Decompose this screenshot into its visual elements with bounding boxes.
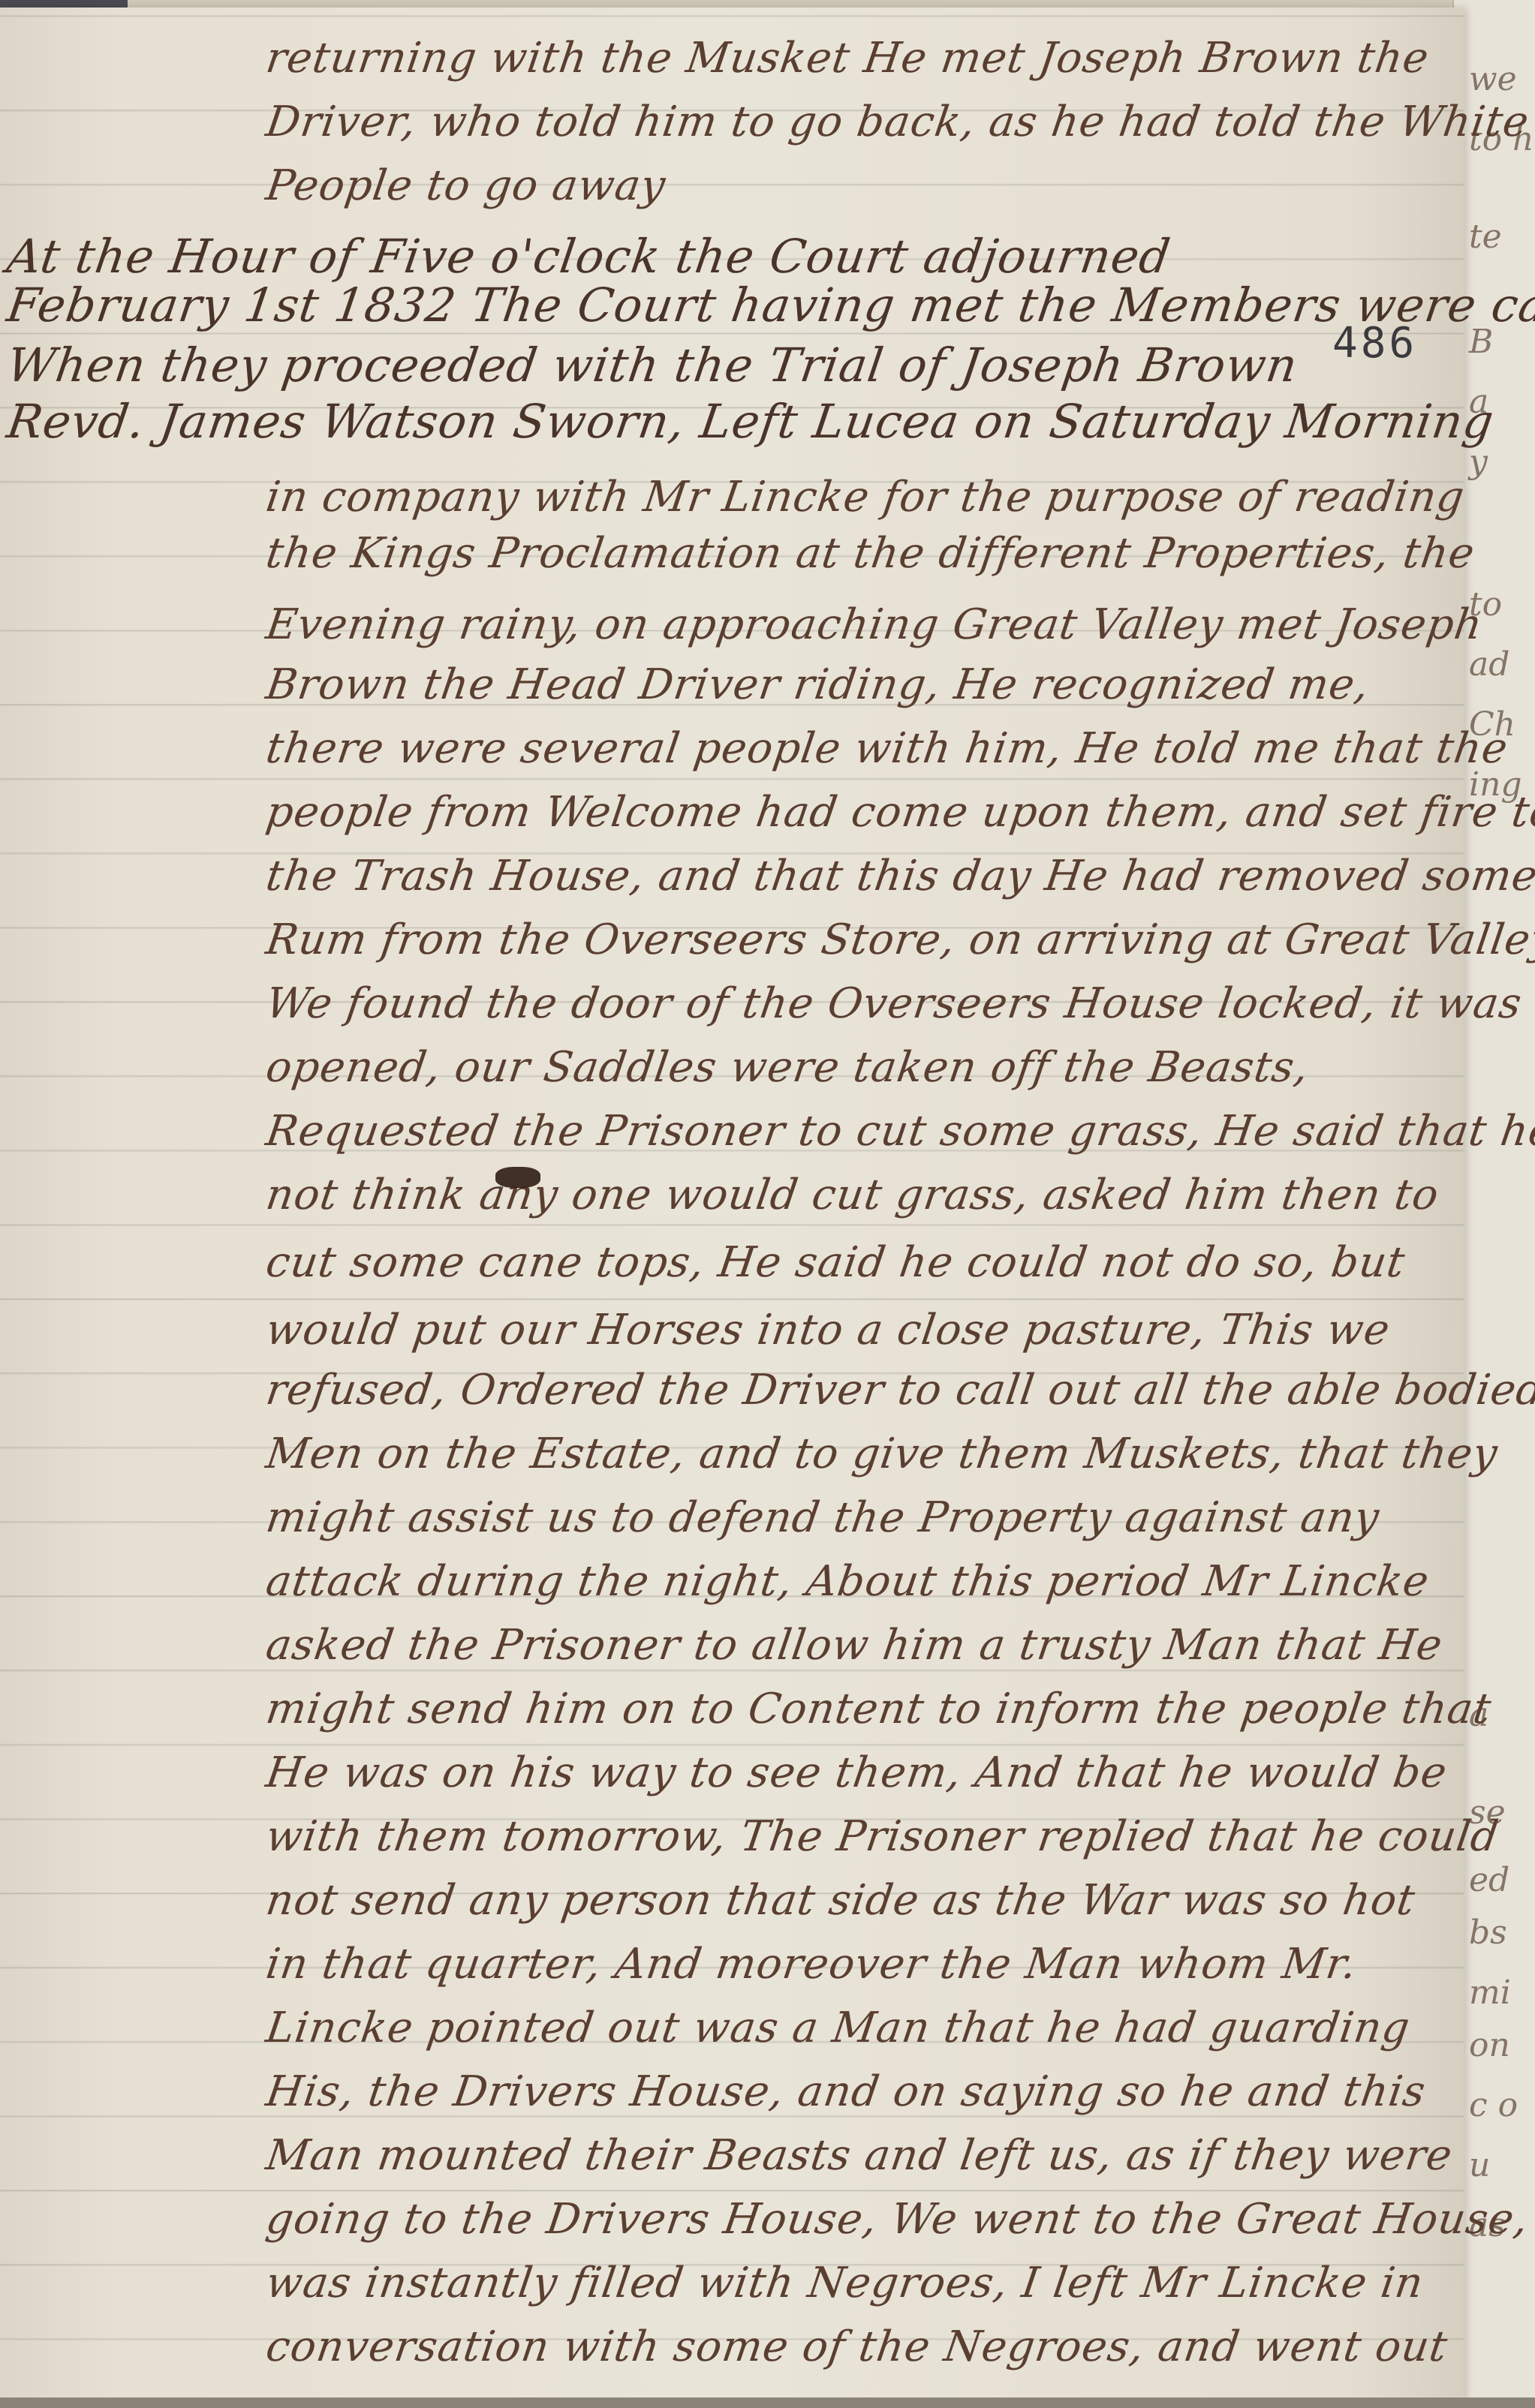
bottom-edge: [0, 2397, 1535, 2408]
text-line: asked the Prisoner to allow him a trusty…: [263, 1621, 1446, 1670]
adjacent-page-fragment: bs: [1469, 1913, 1507, 1952]
text-line: Brown the Head Driver riding, He recogni…: [263, 660, 1372, 709]
text-line: returning with the Musket He met Joseph …: [263, 34, 1432, 83]
ink-blot: [495, 1167, 540, 1188]
adjacent-page-fragment: mi: [1469, 1974, 1511, 2012]
text-line: people from Welcome had come upon them, …: [263, 788, 1535, 837]
text-line: Rum from the Overseers Store, on arrivin…: [263, 915, 1535, 964]
text-line: He was on his way to see them, And that …: [263, 1748, 1450, 1797]
text-line: Evening rainy, on approaching Great Vall…: [263, 600, 1485, 649]
adjacent-page-fragment: u: [1469, 2146, 1490, 2184]
text-line: in that quarter, And moreover the Man wh…: [263, 1940, 1360, 1989]
text-line: Man mounted their Beasts and left us, as…: [263, 2131, 1455, 2180]
text-line: Men on the Estate, and to give them Musk…: [263, 1429, 1500, 1478]
text-line: not think any one would cut grass, asked…: [263, 1171, 1442, 1219]
adjacent-page-fragment: on: [1469, 2026, 1510, 2064]
text-line: His, the Drivers House, and on saying so…: [263, 2067, 1428, 2116]
text-line: there were several people with him, He t…: [263, 724, 1511, 773]
text-line: refused, Ordered the Driver to call out …: [263, 1366, 1535, 1414]
text-line: attack during the night, About this peri…: [263, 1557, 1432, 1606]
text-line: not send any person that side as the War…: [263, 1876, 1418, 1925]
adjacent-page-fragment: ed: [1469, 1861, 1509, 1899]
heading-line: At the Hour of Five o'clock the Court ad…: [4, 229, 1174, 284]
text-line: the Kings Proclamation at the different …: [263, 529, 1478, 578]
text-line: cut some cane tops, He said he could not…: [263, 1238, 1408, 1287]
adjacent-page: weto hteBaytoadChingaseedbsmionc ouas: [1452, 0, 1535, 2408]
text-line: would put our Horses into a close pastur…: [263, 1306, 1393, 1354]
text-line: conversation with some of the Negroes, a…: [263, 2322, 1450, 2371]
text-line: might assist us to defend the Property a…: [263, 1493, 1382, 1542]
adjacent-page-fragment: we: [1469, 60, 1517, 98]
adjacent-page-fragment: ad: [1469, 645, 1509, 684]
text-line: might send him on to Content to inform t…: [263, 1685, 1494, 1733]
text-line: Driver, who told him to go back, as he h…: [263, 98, 1532, 146]
text-line: Requested the Prisoner to cut some grass…: [263, 1107, 1535, 1156]
adjacent-page-fragment: c o: [1469, 2086, 1518, 2124]
text-line: opened, our Saddles were taken off the B…: [263, 1043, 1311, 1092]
text-line: was instantly filled with Negroes, I lef…: [263, 2259, 1426, 2307]
manuscript-page: 486 returning with the Musket He met Jos…: [0, 8, 1464, 2405]
heading-line: When they proceeded with the Trial of Jo…: [4, 338, 1302, 392]
text-line: in company with Mr Lincke for the purpos…: [263, 473, 1467, 522]
text-line: going to the Drivers House, We went to t…: [263, 2195, 1535, 2244]
text-line: the Trash House, and that this day He ha…: [263, 852, 1535, 900]
text-line: People to go away: [263, 161, 669, 210]
text-line: with them tomorrow, The Prisoner replied…: [263, 1812, 1502, 1861]
adjacent-page-fragment: te: [1469, 218, 1502, 256]
text-line: We found the door of the Overseers House…: [263, 979, 1524, 1028]
heading-line: February 1st 1832 The Court having met t…: [4, 278, 1535, 332]
text-line: Lincke pointed out was a Man that he had…: [263, 2004, 1413, 2052]
heading-line: Revd. James Watson Sworn, Left Lucea on …: [4, 394, 1497, 449]
